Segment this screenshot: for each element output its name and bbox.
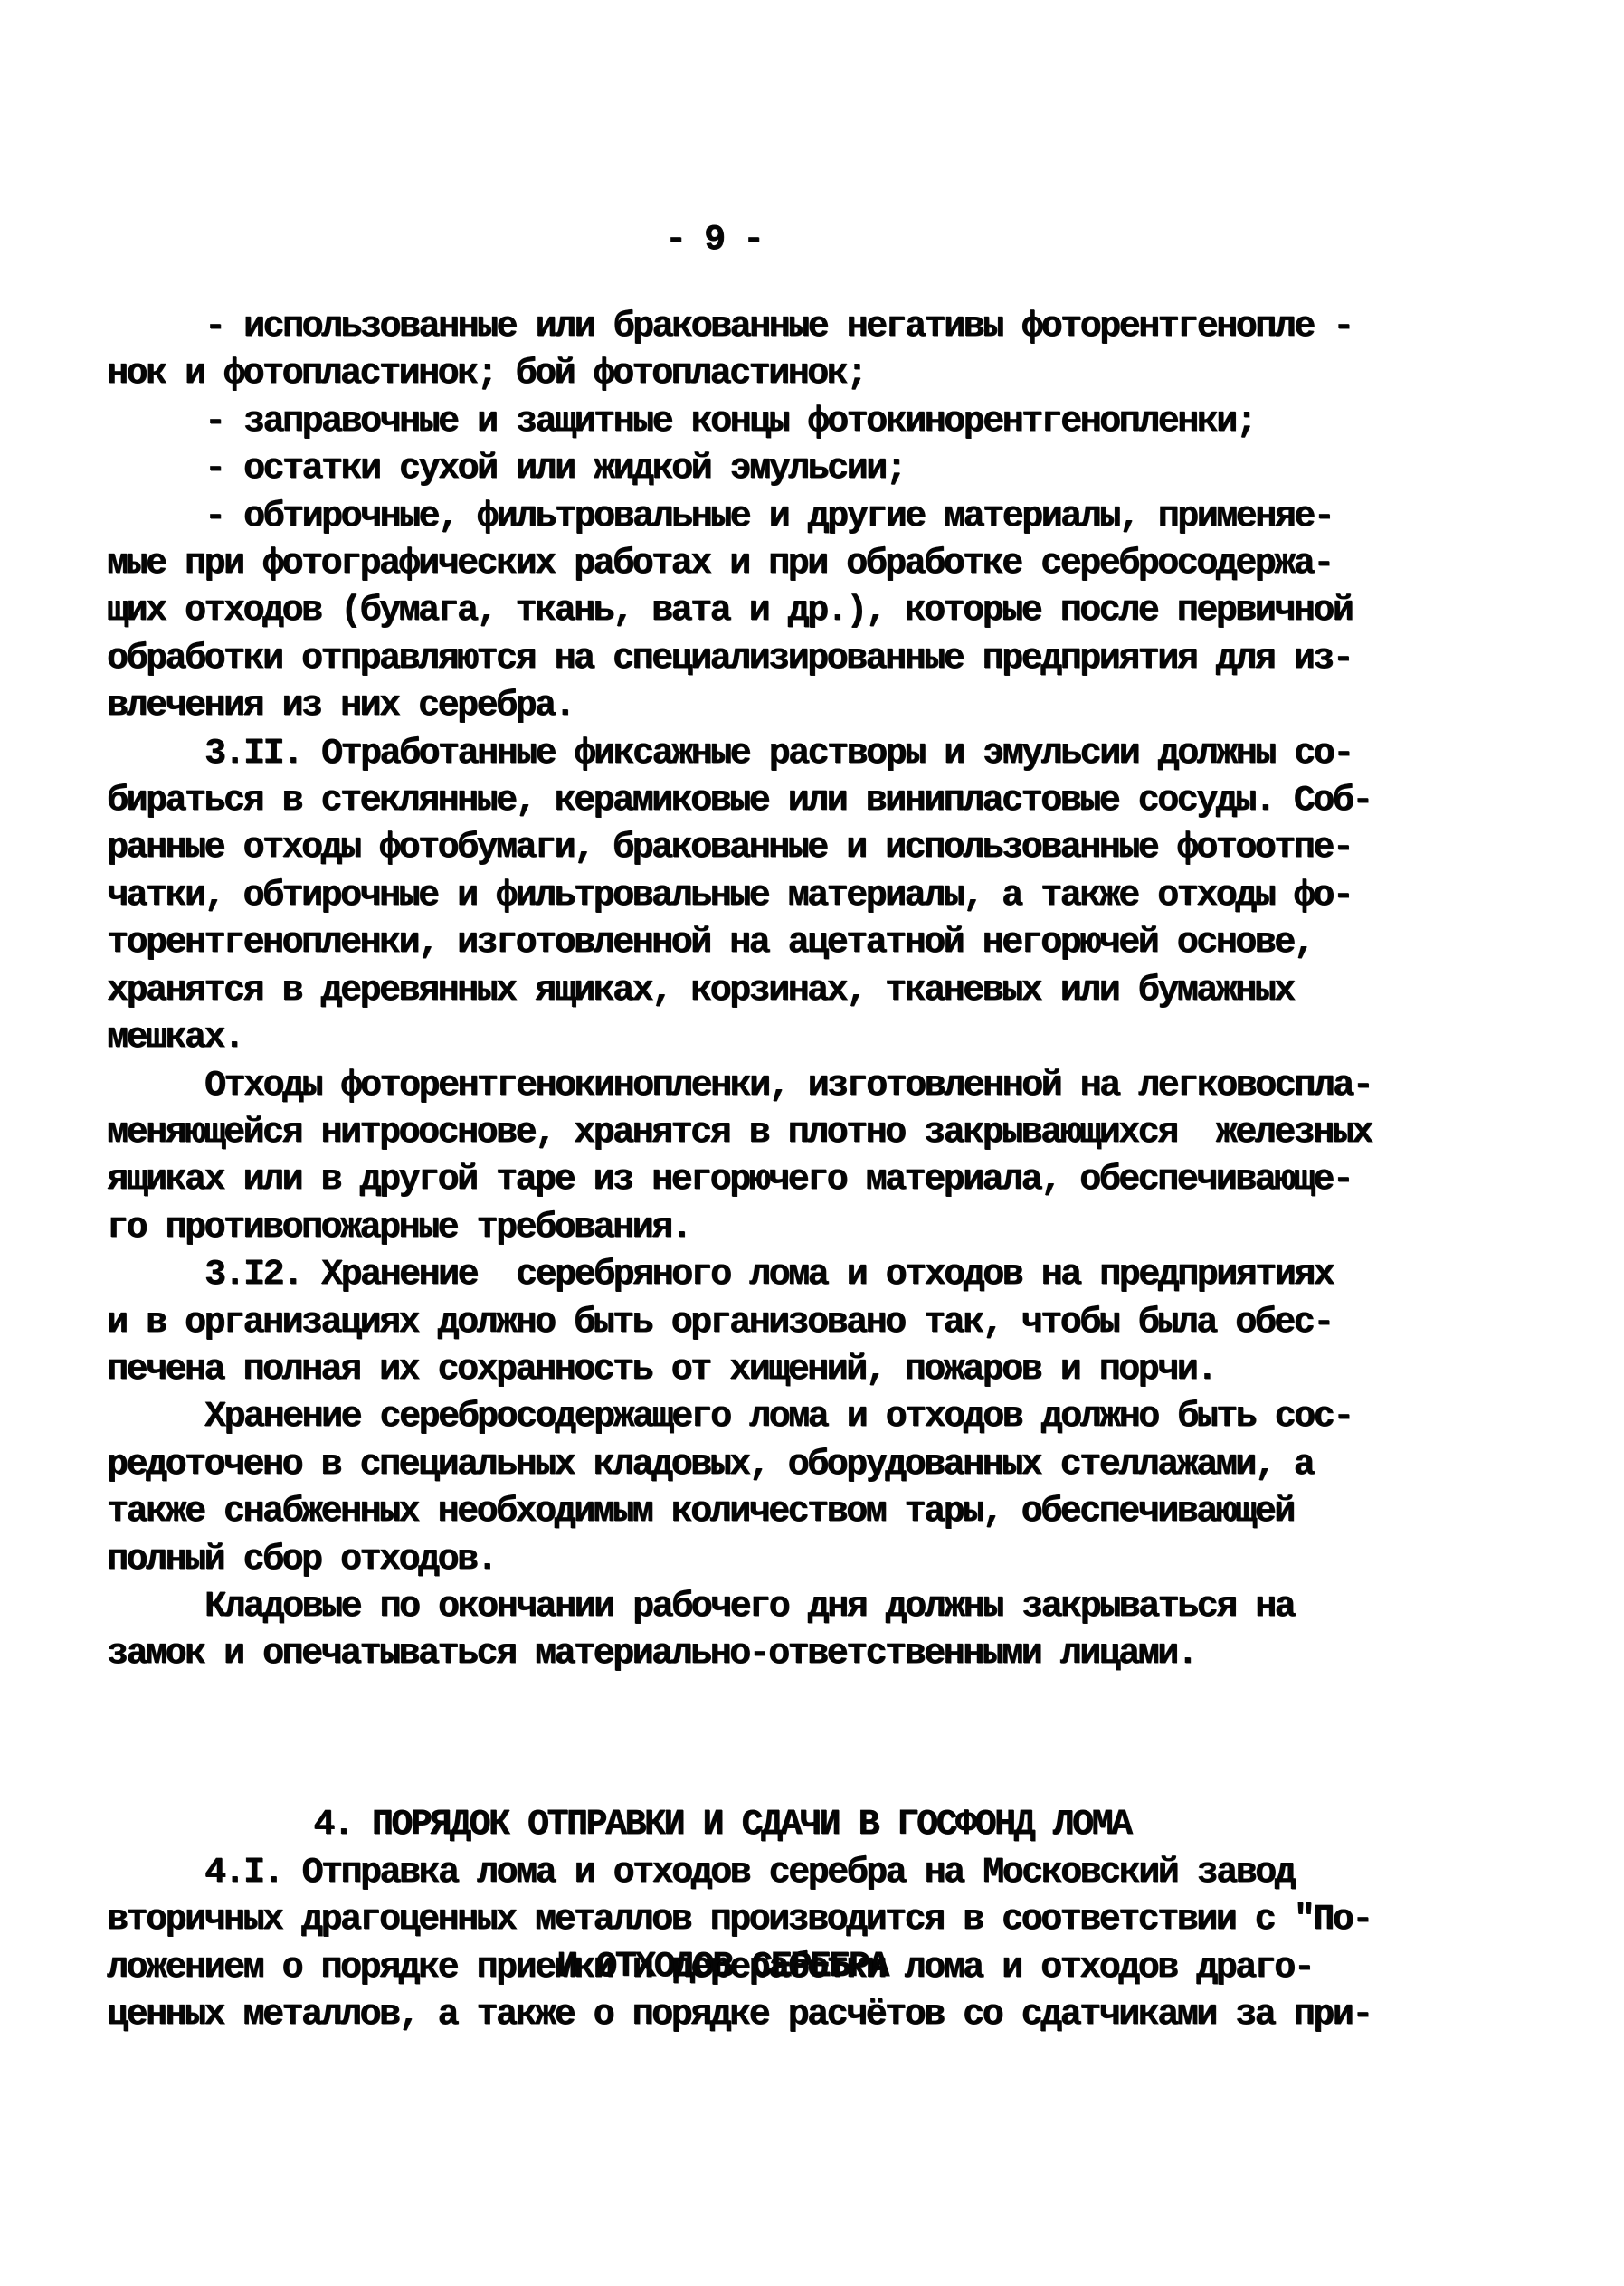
text-line: 3.II. Отработанные фиксажные растворы и … xyxy=(107,731,1428,778)
text-line: чатки, обтирочные и фильтровальные матер… xyxy=(107,873,1428,920)
page-number: - 9 - xyxy=(665,217,763,264)
text-line: ложением о порядке приемки и переработки… xyxy=(107,1945,1428,1992)
text-line: 3.I2. Хранение серебряного лома и отходо… xyxy=(107,1252,1428,1299)
text-line: также снабженных необходимым количеством… xyxy=(107,1489,1428,1536)
text-line: ценных металлов, а также о порядке расчё… xyxy=(107,1992,1428,2039)
text-line: Хранение серебросодержащего лома и отход… xyxy=(107,1394,1428,1441)
text-line: печена полная их сохранность от хищений,… xyxy=(107,1347,1428,1394)
text-line: замок и опечатываться материально-ответс… xyxy=(107,1631,1428,1678)
text-line: - обтирочные, фильтровальные и другие ма… xyxy=(107,494,1428,541)
text-line: меняющейся нитрооснове, хранятся в плотн… xyxy=(107,1110,1428,1157)
text-line: го противопожарные требования. xyxy=(107,1205,1428,1252)
text-line: нок и фотопластинок; бой фотопластинок; xyxy=(107,351,1428,398)
scanned-document-page: - 9 - - использованные или бракованные н… xyxy=(0,0,1624,2286)
body-text-block: - использованные или бракованные негатив… xyxy=(107,304,1428,1679)
text-line: мые при фотографических работах и при об… xyxy=(107,541,1428,588)
text-line: мешках. xyxy=(107,1015,1428,1062)
text-line: Кладовые по окончании рабочего дня должн… xyxy=(107,1584,1428,1631)
text-line: щих отходов (бумага, ткань, вата и др.),… xyxy=(107,588,1428,635)
text-line: торентгенопленки, изготовленной на ацета… xyxy=(107,920,1428,967)
text-line: ранные отходы фотобумаги, бракованные и … xyxy=(107,825,1428,872)
text-line: хранятся в деревянных ящиках, корзинах, … xyxy=(107,968,1428,1015)
text-line: редоточено в специальных кладовых, обору… xyxy=(107,1442,1428,1489)
text-line: - использованные или бракованные негатив… xyxy=(107,304,1428,351)
text-line: и в организациях должно быть организован… xyxy=(107,1300,1428,1347)
text-line: ящиках или в другой таре из негорючего м… xyxy=(107,1157,1428,1204)
text-line: обработки отправляются на специализирова… xyxy=(107,636,1428,683)
text-line: вторичных драгоценных металлов производи… xyxy=(107,1897,1428,1944)
text-line: Отходы фоторентгенокинопленки, изготовле… xyxy=(107,1063,1428,1110)
text-line: 4.I. Отправка лома и отходов серебра на … xyxy=(107,1850,1428,1897)
section-heading-line-1: 4. ПОРЯДОК ОТПРАВКИ И СДАЧИ В ГОСФОНД ЛО… xyxy=(107,1802,1337,1849)
body-text-block-2: 4.I. Отправка лома и отходов серебра на … xyxy=(107,1850,1428,2040)
text-line: - остатки сухой или жидкой эмульсии; xyxy=(107,446,1428,493)
text-line: полный сбор отходов. xyxy=(107,1537,1428,1584)
text-line: бираться в стеклянные, керамиковые или в… xyxy=(107,778,1428,825)
text-line: - заправочные и защитные концы фотокинор… xyxy=(107,399,1428,446)
text-line: влечения из них серебра. xyxy=(107,683,1428,730)
